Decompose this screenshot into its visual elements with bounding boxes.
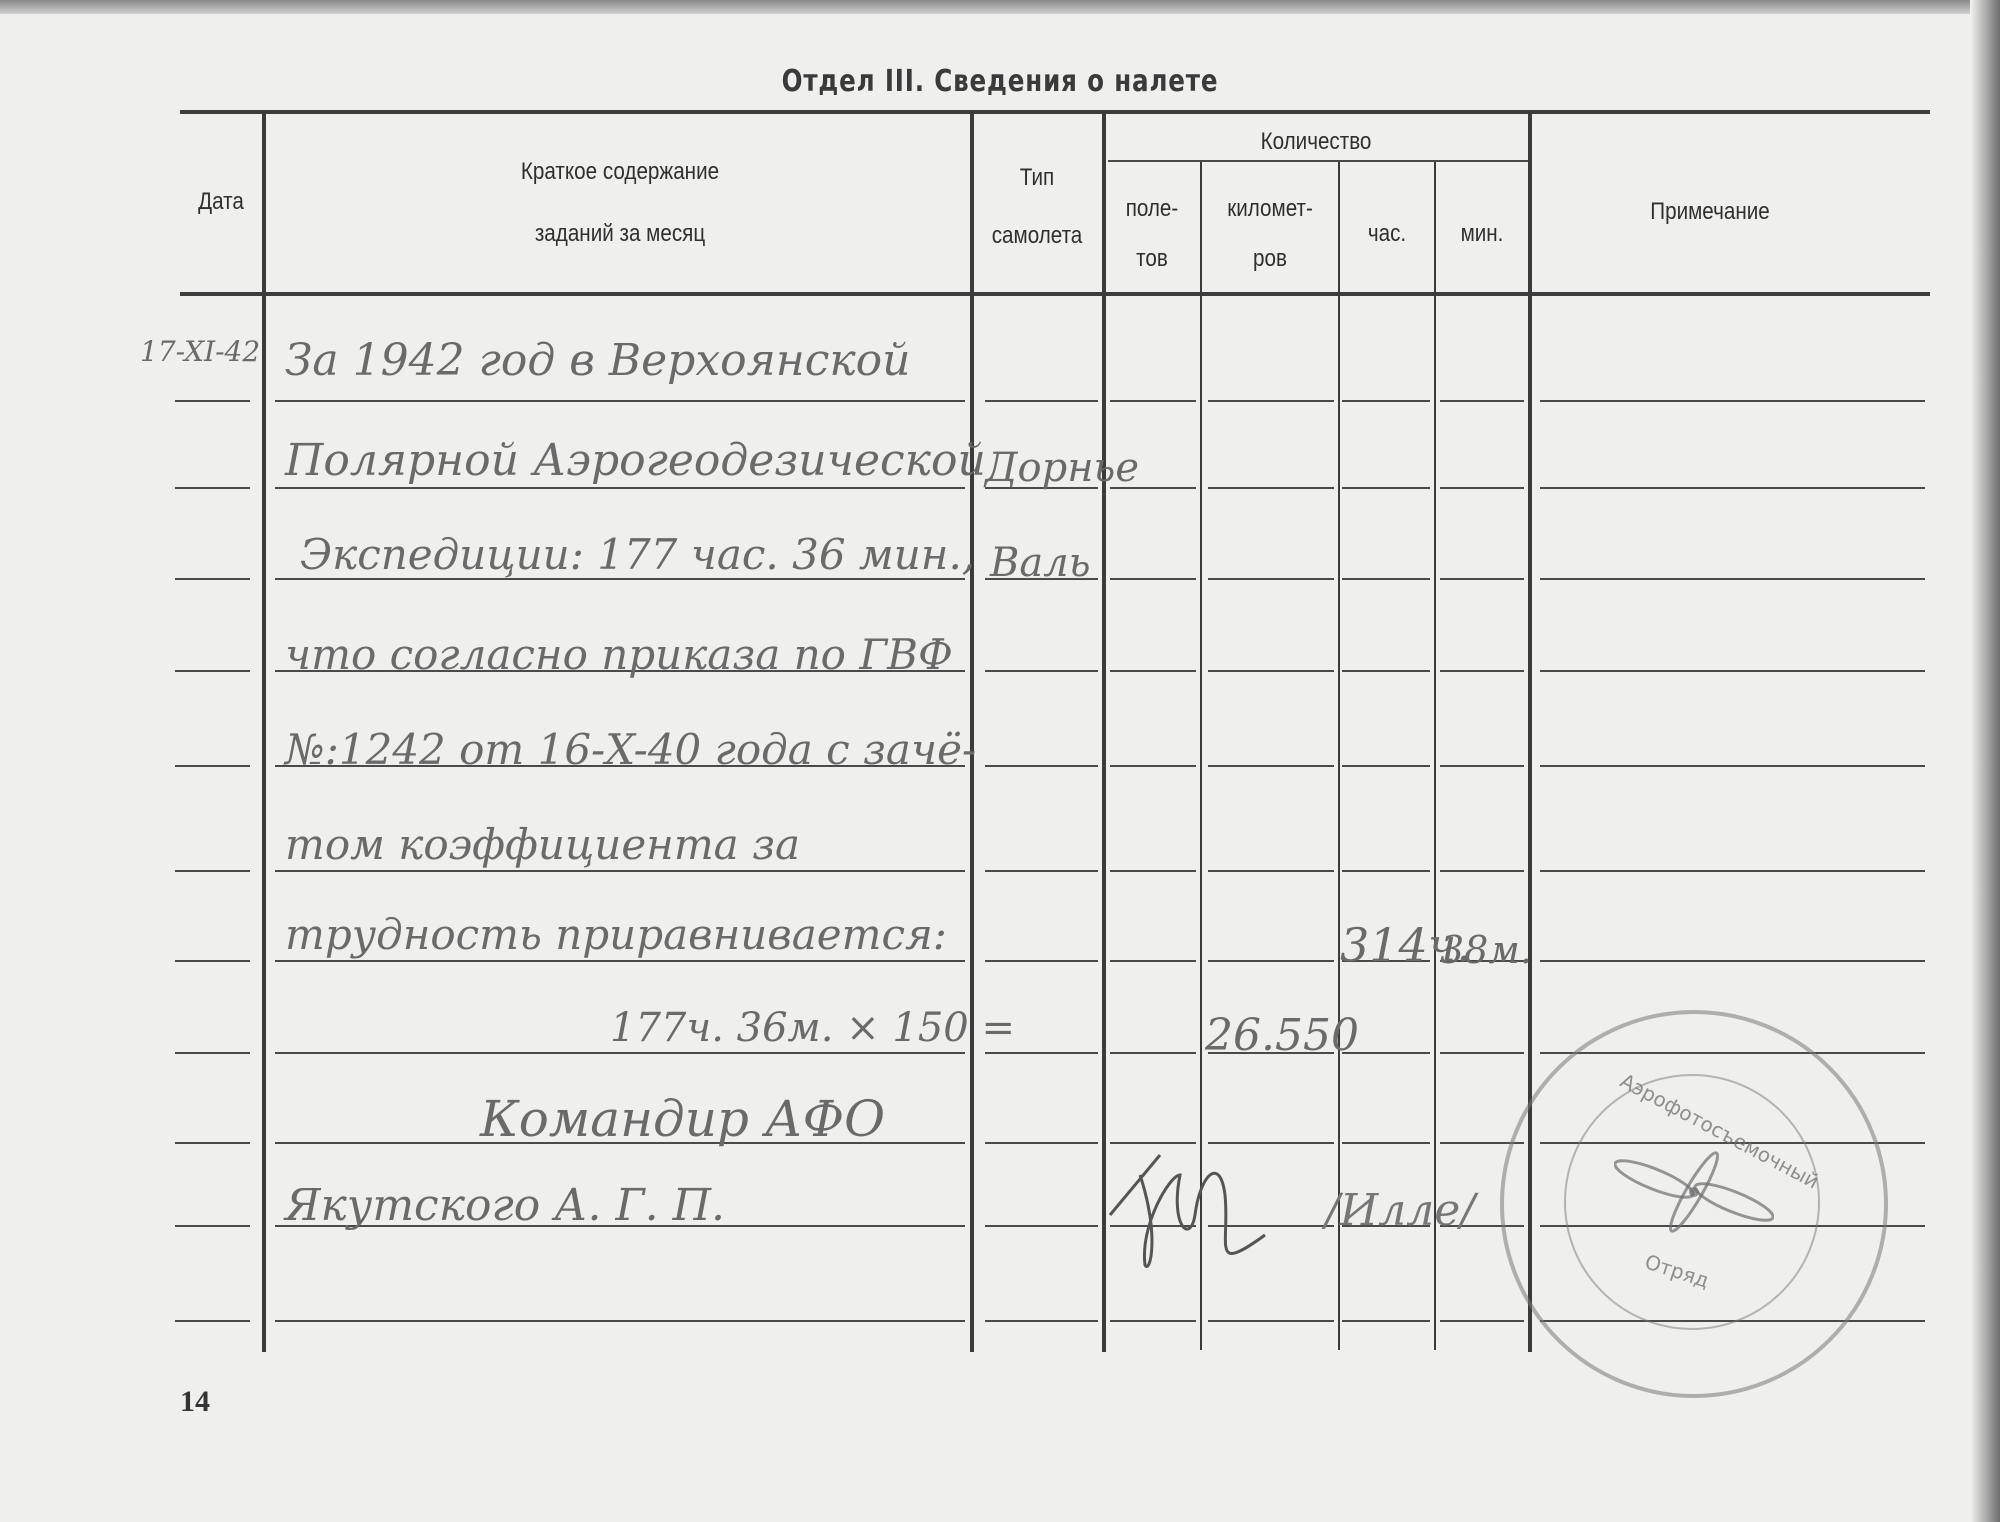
header-flights-2: тов [1111,245,1194,273]
row-rule-line [275,1052,965,1054]
row-rule-line [1440,1320,1524,1322]
row-rule-line [175,1052,250,1054]
kilometers-total: 26.550 [1205,1010,1359,1061]
aircraft-type-line: Дорнье [985,445,1139,491]
page-title: Отдел III. Сведения о налете [180,64,1820,99]
aircraft-type-line: Валь [990,540,1091,586]
row-rule-line [1110,1320,1196,1322]
signature-ille: /Илле/ [1325,1185,1475,1236]
propeller-wings-emblem-icon [1614,1144,1774,1244]
row-rule-line [1208,960,1334,962]
row-rule-line [985,765,1098,767]
row-rule-line [985,1052,1098,1054]
row-rule-line [1540,765,1925,767]
summary-line: что согласно приказа по ГВФ [285,630,953,679]
summary-line: Командир АФО [480,1090,885,1148]
row-rule-line [1440,670,1524,672]
row-rule-line [275,400,965,402]
row-rule-line [1342,1320,1430,1322]
row-rule-line [1440,765,1524,767]
row-rule-line [1208,670,1334,672]
header-hours: час. [1347,220,1428,248]
summary-line: том коэффициента за [285,820,800,869]
row-rule-line [1110,670,1196,672]
row-rule-line [985,1320,1098,1322]
row-rule-line [275,487,965,489]
row-rule-line [1208,487,1334,489]
header-flights-1: поле- [1111,195,1194,223]
row-rule-line [175,870,250,872]
page-number: 14 [180,1385,210,1419]
row-rule-line [1342,400,1430,402]
row-rule-line [1110,765,1196,767]
minutes-total: 38м. [1440,928,1532,972]
col-sep-km [1338,160,1340,1350]
row-rule-line [275,1320,965,1322]
row-rule-line [175,960,250,962]
table-top-border [180,110,1930,114]
row-rule-line [275,870,965,872]
row-rule-line [275,960,965,962]
row-rule-line [1440,1052,1524,1054]
page-top-edge [0,0,2000,14]
row-rule-line [175,487,250,489]
row-rule-line [1208,578,1334,580]
row-rule-line [1342,765,1430,767]
row-rule-line [175,578,250,580]
row-rule-line [1440,578,1524,580]
row-rule-line [1540,870,1925,872]
row-rule-line [175,400,250,402]
row-rule-line [1208,1320,1334,1322]
row-rule-line [1110,1052,1196,1054]
header-summary-2: заданий за месяц [319,220,921,248]
header-quantity: Количество [1134,128,1499,156]
row-rule-line [175,765,250,767]
header-minutes: мин. [1442,220,1521,248]
row-rule-line [1208,870,1334,872]
row-rule-line [985,1225,1098,1227]
row-rule-line [1342,487,1430,489]
header-km-2: ров [1212,245,1329,273]
header-km-1: километ- [1212,195,1329,223]
col-sep-date [262,112,266,1352]
row-rule-line [1440,870,1524,872]
page-right-edge [1970,0,2000,1522]
summary-line: Экспедиции: 177 час. 36 мин., [300,530,975,579]
row-rule-line [175,1142,250,1144]
row-rule-line [1540,400,1925,402]
row-rule-line [1440,487,1524,489]
row-rule-line [985,400,1098,402]
row-rule-line [175,670,250,672]
row-rule-line [1540,578,1925,580]
summary-line: Якутского А. Г. П. [285,1180,725,1231]
row-rule-line [1540,670,1925,672]
row-rule-line [985,1142,1098,1144]
row-rule-line [1208,765,1334,767]
signature-commander [1100,1135,1270,1299]
row-rule-line [1342,1142,1430,1144]
row-rule-line [985,870,1098,872]
header-bottom-border [180,292,1930,296]
summary-line: Полярной Аэрогеодезической [285,435,986,486]
signature-scribble-icon [1100,1135,1270,1285]
summary-line: За 1942 год в Верхоянской [285,335,911,386]
col-sep-hours [1434,160,1436,1350]
row-rule-line [175,1225,250,1227]
header-note: Примечание [1564,198,1856,226]
row-rule-line [1110,578,1196,580]
row-rule-line [1110,960,1196,962]
entry-date: 17-XI-42 [140,335,260,368]
row-rule-line [985,670,1098,672]
summary-line: 177ч. 36м. × 150 = [610,1005,1015,1051]
header-aircraft-1: Тип [981,164,1093,192]
row-rule-line [1540,487,1925,489]
row-rule-line [1110,870,1196,872]
summary-line: №:1242 от 16-X-40 года с зачё- [285,725,976,774]
summary-line: трудность приравнивается: [285,910,947,959]
header-aircraft-2: самолета [981,222,1093,250]
row-rule-line [1208,400,1334,402]
row-rule-line [1342,870,1430,872]
row-rule-line [1342,670,1430,672]
row-rule-line [985,960,1098,962]
row-rule-line [1342,578,1430,580]
quantity-underline [1108,160,1528,162]
row-rule-line [1540,960,1925,962]
header-date: Дата [186,188,257,216]
official-stamp: Аэрофотосъемочный Отряд [1500,1010,1888,1398]
header-summary-1: Краткое содержание [319,158,921,186]
row-rule-line [1440,400,1524,402]
row-rule-line [1110,400,1196,402]
row-rule-line [175,1320,250,1322]
